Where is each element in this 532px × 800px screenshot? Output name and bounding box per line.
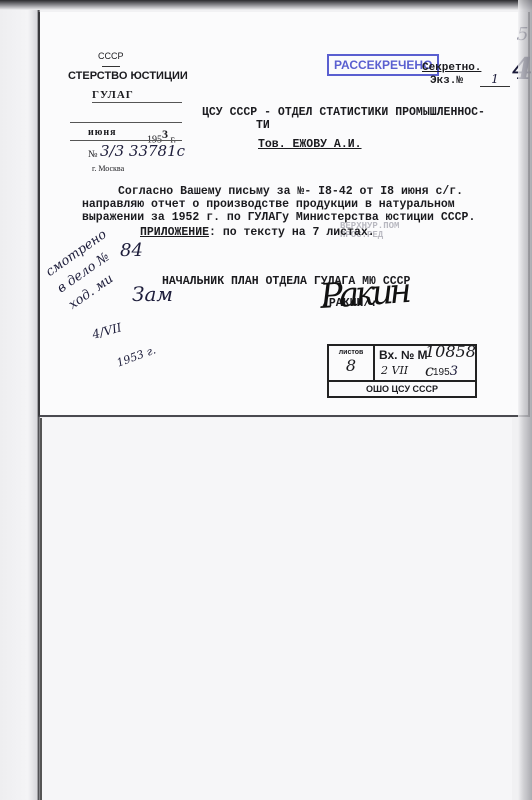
sheets-cell: листов 8 [329, 346, 375, 380]
letterhead-rule [92, 102, 182, 103]
handwritten-signature: Ракин [319, 271, 409, 317]
body-line: направляю отчет о производстве продукции… [82, 198, 455, 211]
handwritten-note-date: 4/VII [91, 320, 123, 341]
letterhead-rule [70, 140, 182, 141]
scan-shadow-top [0, 0, 532, 10]
sheets-value: 8 [329, 356, 373, 375]
letterhead-department: ГУЛАГ [92, 89, 134, 101]
incoming-year: 1953 [433, 364, 458, 379]
handwritten-note-year: 1953 г. [115, 343, 158, 369]
attachment-label: ПРИЛОЖЕНИЕ [140, 226, 209, 239]
handwritten-initials: Зам [132, 282, 173, 306]
letterhead-city: г. Москва [92, 164, 124, 173]
secret-label: Секретно. [422, 62, 481, 74]
incoming-date: 2 VII [381, 364, 408, 377]
copy-label: Экз.№ [430, 75, 463, 87]
body-line: Согласно Вашему письму за №- I8-42 от I8… [118, 185, 463, 198]
scan-margin-right [518, 0, 532, 800]
copy-number: 1 [480, 72, 510, 87]
letterhead-country: СССР [98, 51, 124, 61]
letterhead-rule [70, 122, 182, 123]
incoming-office: ОШО ЦСУ СССР [329, 380, 475, 398]
date-month: июня [88, 127, 117, 138]
addressee-attention: Тов. ЕЖОВУ А.И. [258, 138, 362, 151]
letterhead-ministry: СТЕРСТВО ЮСТИЦИИ [68, 70, 188, 82]
incoming-label: Вх. № М [379, 348, 428, 362]
letterhead-divider [102, 66, 120, 67]
addressee-line: ТИ [256, 119, 270, 132]
registration-number: 3/3 33781с [100, 142, 185, 160]
attachment-text: : по тексту на 7 листах. [209, 226, 375, 239]
scan-margin-left [0, 0, 40, 800]
handwritten-file-number: 84 [120, 240, 143, 261]
attachment-line: ПРИЛОЖЕНИЕ: по тексту на 7 листах. [140, 226, 375, 239]
sheets-label: листов [329, 349, 373, 356]
incoming-registration-stamp: листов 8 Вх. № М 10858 с 2 VII 1953 ОШО … [327, 344, 477, 398]
handwritten-filing-note: смотрено в дело № ход. ми [42, 225, 134, 315]
underlying-sheet [40, 418, 512, 800]
body-line: выражении за 1952 г. по ГУЛАГу Министерс… [82, 211, 475, 224]
addressee-line: ЦСУ СССР - ОТДЕЛ СТАТИСТИКИ ПРОМЫШЛЕННОС… [202, 106, 485, 119]
number-label: № [88, 149, 98, 160]
document-page: СССР СТЕРСТВО ЮСТИЦИИ ГУЛАГ июня 1953 г.… [38, 12, 530, 417]
